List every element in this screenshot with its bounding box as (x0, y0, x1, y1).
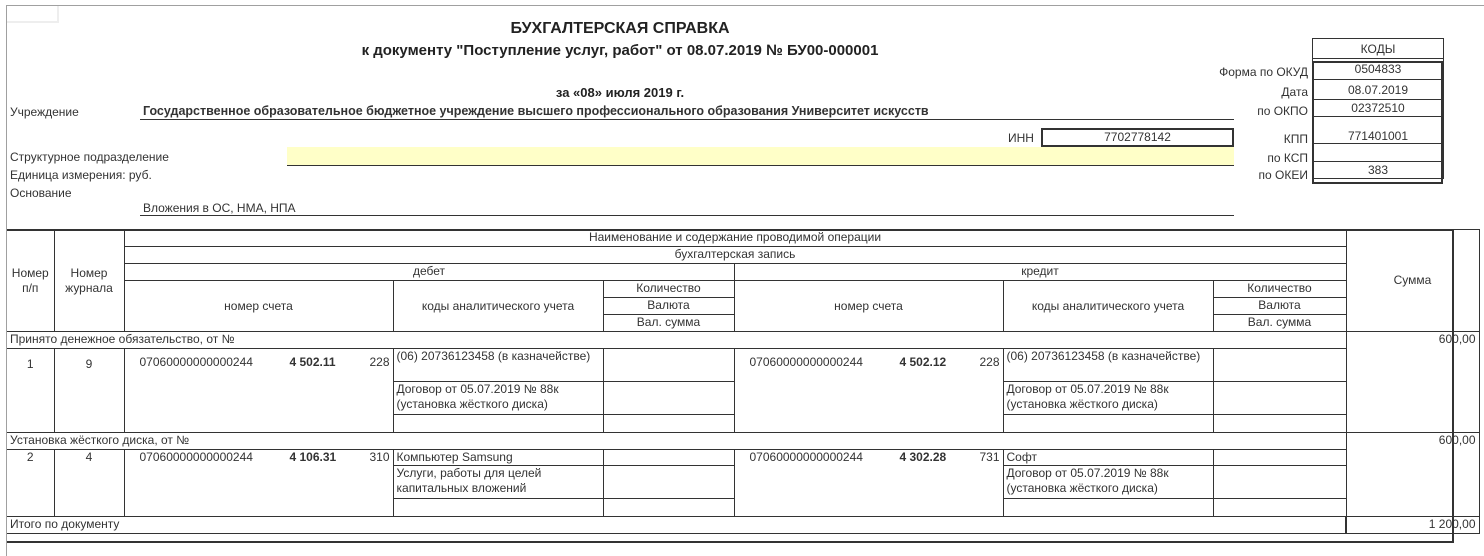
header-journal: Номер журнала (54, 230, 124, 332)
codes-label-okei: по ОКЕИ (1259, 168, 1308, 182)
header-credit-account: номер счета (734, 281, 1003, 332)
codes-label-date: Дата (1281, 85, 1308, 99)
debit-kosgu: 310 (360, 450, 390, 465)
institution-label: Учреждение (10, 105, 79, 119)
debit-account: 07060000000000244 (140, 450, 290, 465)
credit-analytics-3 (1003, 415, 1213, 433)
codes-header: КОДЫ (1313, 39, 1444, 59)
header-sum: Сумма (1346, 230, 1479, 332)
group-title: Принято денежное обязательство, от № (7, 332, 1346, 349)
header-debit: дебет (124, 264, 734, 281)
debit-kosgu: 228 (360, 355, 390, 370)
credit-analytics-2: Договор от 05.07.2019 № 88к (установка ж… (1003, 466, 1213, 499)
header-credit-qty: Количество (1213, 281, 1346, 298)
row-journal: 9 (54, 349, 124, 433)
header-debit-cur-sum: Вал. сумма (603, 315, 734, 332)
division-label: Структурное подразделение (10, 150, 169, 164)
document-title: БУХГАЛТЕРСКАЯ СПРАВКА (0, 20, 1240, 38)
group-sum: 600,00 (1346, 332, 1479, 433)
debit-currency (603, 466, 734, 499)
basis-label: Основание (10, 186, 72, 200)
debit-cur-sum (603, 415, 734, 433)
codes-value-okpo[interactable]: 02372510 (1313, 100, 1444, 117)
header-debit-analytics: коды аналитического учета (393, 281, 603, 332)
codes-label-okud: Форма по ОКУД (1219, 65, 1308, 79)
header-credit: кредит (734, 264, 1346, 281)
total-sum: 1 200,00 (1346, 517, 1479, 534)
header-debit-qty: Количество (603, 281, 734, 298)
debit-kbk: 4 502.11 (290, 355, 360, 370)
credit-kbk: 4 302.28 (900, 450, 970, 465)
debit-analytics-3 (393, 499, 603, 517)
group-title: Установка жёсткого диска, от № (7, 433, 1346, 450)
credit-analytics-2: Договор от 05.07.2019 № 88к (установка ж… (1003, 382, 1213, 415)
group-row[interactable]: Установка жёсткого диска, от № 600,00 (7, 433, 1479, 450)
credit-account-cell: 07060000000000244 4 302.28 731 (734, 450, 1003, 517)
division-field[interactable] (287, 147, 1234, 166)
codes-label-ksp: по КСП (1267, 151, 1308, 165)
header-operation: Наименование и содержание проводимой опе… (124, 230, 1346, 247)
credit-account: 07060000000000244 (750, 355, 900, 370)
document-period: за «08» июля 2019 г. (0, 85, 1240, 100)
inn-label: ИНН (1008, 131, 1034, 145)
row-num: 2 (7, 450, 54, 517)
entries-table: Номер п/п Номер журнала Наименование и с… (7, 229, 1480, 534)
inn-value[interactable]: 7702778142 (1041, 128, 1234, 147)
credit-currency (1213, 382, 1346, 415)
codes-value-date[interactable]: 08.07.2019 (1313, 80, 1444, 100)
institution-value[interactable]: Государственное образовательное бюджетно… (140, 104, 1234, 120)
table-row[interactable]: 2 4 07060000000000244 4 106.31 310 Компь… (7, 450, 1479, 466)
debit-qty (603, 450, 734, 466)
debit-currency (603, 382, 734, 415)
header-credit-cur-sum: Вал. сумма (1213, 315, 1346, 332)
header-debit-account: номер счета (124, 281, 393, 332)
debit-analytics-3 (393, 415, 603, 433)
credit-cur-sum (1213, 499, 1346, 517)
header-num: Номер п/п (7, 230, 54, 332)
header-debit-currency: Валюта (603, 298, 734, 315)
codes-label-kpp: КПП (1284, 132, 1308, 146)
header-entry: бухгалтерская запись (124, 247, 1346, 264)
debit-analytics-1: Компьютер Samsung (393, 450, 603, 466)
unit-label: Единица измерения: руб. (10, 168, 152, 182)
debit-cur-sum (603, 499, 734, 517)
debit-analytics-2: Договор от 05.07.2019 № 88к (установка ж… (393, 382, 603, 415)
row-num: 1 (7, 349, 54, 433)
credit-qty (1213, 450, 1346, 466)
debit-account-cell: 07060000000000244 4 106.31 310 (124, 450, 393, 517)
credit-account-cell: 07060000000000244 4 502.12 228 (734, 349, 1003, 433)
debit-qty (603, 349, 734, 382)
basis-value[interactable]: Вложения в ОС, НМА, НПА (140, 201, 1234, 216)
group-sum: 600,00 (1346, 433, 1479, 517)
debit-kbk: 4 106.31 (290, 450, 360, 465)
credit-analytics-1: Софт (1003, 450, 1213, 466)
codes-table: КОДЫ 0504833 08.07.2019 02372510 7714010… (1312, 38, 1444, 179)
credit-currency (1213, 466, 1346, 499)
document-subtitle: к документу "Поступление услуг, работ" о… (0, 42, 1240, 59)
credit-kosgu: 731 (970, 450, 1000, 465)
debit-account: 07060000000000244 (140, 355, 290, 370)
codes-value-kpp[interactable]: 771401001 (1313, 117, 1444, 144)
credit-kosgu: 228 (970, 355, 1000, 370)
debit-account-cell: 07060000000000244 4 502.11 228 (124, 349, 393, 433)
table-row[interactable]: 1 9 07060000000000244 4 502.11 228 (06) … (7, 349, 1479, 382)
sheet-frame-top (6, 5, 1484, 6)
codes-value-okei[interactable]: 383 (1313, 162, 1444, 179)
credit-analytics-1: (06) 20736123458 (в казначействе) (1003, 349, 1213, 382)
codes-value-okud[interactable]: 0504833 (1313, 59, 1444, 80)
debit-analytics-1: (06) 20736123458 (в казначействе) (393, 349, 603, 382)
credit-cur-sum (1213, 415, 1346, 433)
codes-label-okpo: по ОКПО (1257, 104, 1308, 118)
header-credit-analytics: коды аналитического учета (1003, 281, 1213, 332)
codes-value-ksp[interactable] (1313, 144, 1444, 162)
header-credit-currency: Валюта (1213, 298, 1346, 315)
credit-kbk: 4 502.12 (900, 355, 970, 370)
credit-analytics-3 (1003, 499, 1213, 517)
total-row[interactable]: Итого по документу 1 200,00 (7, 517, 1479, 534)
credit-account: 07060000000000244 (750, 450, 900, 465)
group-row[interactable]: Принято денежное обязательство, от № 600… (7, 332, 1479, 349)
debit-analytics-2: Услуги, работы для целей капитальных вло… (393, 466, 603, 499)
credit-qty (1213, 349, 1346, 382)
row-journal: 4 (54, 450, 124, 517)
total-label: Итого по документу (7, 517, 1346, 534)
